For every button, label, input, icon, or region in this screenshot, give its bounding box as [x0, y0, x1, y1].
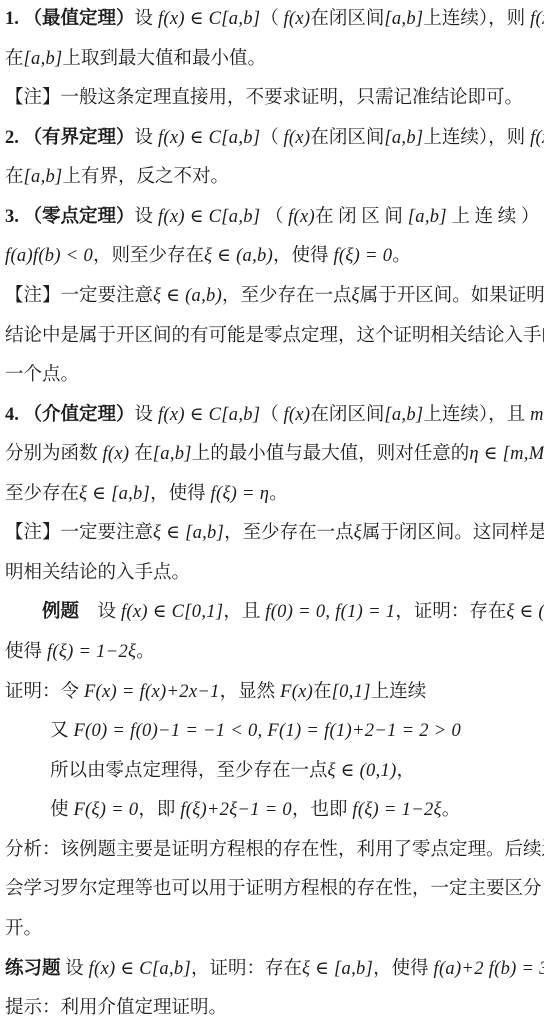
document-line: 分析：该例题主要是证明方程根的存在性，利用了零点定理。后续还	[5, 831, 544, 871]
math-segment: F(x) = f(x)+2x−1	[79, 682, 220, 702]
text-segment: 上取到最大值和最小值。	[63, 49, 267, 69]
math-segment: f(x) ∈ C[a,b]	[153, 9, 260, 29]
text-segment: ，使得	[273, 246, 329, 266]
text-segment: 一个点。	[5, 365, 79, 385]
text-segment: 上连续），且	[423, 405, 525, 425]
bold-text-segment: 练习题	[5, 959, 61, 979]
text-segment: 在闭区间	[310, 128, 384, 148]
math-segment: f(x)	[288, 207, 315, 227]
text-segment: ，至少存在一点	[222, 286, 352, 306]
text-segment: ，	[397, 761, 416, 781]
text-segment: 上连续），则	[423, 128, 525, 148]
text-segment: 设	[135, 128, 154, 148]
text-segment: 设	[135, 9, 154, 29]
document-line: 例题 设 f(x) ∈ C[0,1]，且 f(0) = 0, f(1) = 1，…	[5, 593, 544, 633]
text-segment: 结论中是属于开区间的有可能是零点定理，这个证明相关结论入手的	[5, 326, 544, 346]
text-segment: 分别为函数	[5, 444, 98, 464]
document-line: f(a)f(b) < 0，则至少存在ξ ∈ (a,b)，使得 f(ξ) = 0。	[5, 237, 544, 277]
document-line: 使 F(ξ) = 0，即 f(ξ)+2ξ−1 = 0，也即 f(ξ) = 1−2…	[5, 791, 544, 831]
math-segment: ξ ∈ (0,1)	[506, 602, 544, 622]
text-segment: 属于开区间。如果证明的	[360, 286, 544, 306]
text-segment: 使得	[5, 642, 42, 662]
math-segment: [0,1]	[332, 682, 371, 702]
text-segment: （	[260, 405, 283, 425]
text-segment: 提示：利用介值定理证明。	[5, 998, 227, 1018]
document-page: 1. （最值定理）设 f(x) ∈ C[a,b]（ f(x)在闭区间[a,b]上…	[0, 0, 548, 1029]
text-segment: ，使得	[373, 959, 429, 979]
text-segment: 在	[313, 682, 332, 702]
math-segment: ξ	[354, 523, 362, 543]
math-segment: [a,b]	[384, 405, 423, 425]
document-line: 证明：令 F(x) = f(x)+2x−1，显然 F(x)在[0,1]上连续	[5, 673, 544, 713]
document-line: 分别为函数 f(x) 在[a,b]上的最小值与最大值，则对任意的η ∈ [m,M…	[5, 435, 544, 475]
document-line: 结论中是属于开区间的有可能是零点定理，这个证明相关结论入手的	[5, 317, 544, 357]
math-segment: f(0) = 0, f(1) = 1	[260, 602, 395, 622]
document-line: 所以由零点定理得，至少存在一点ξ ∈ (0,1)，	[5, 752, 544, 792]
text-segment: 设	[135, 405, 154, 425]
math-segment: [a,b]	[384, 9, 423, 29]
text-segment: （	[260, 9, 283, 29]
text-segment: 开。	[5, 919, 42, 939]
document-line: 【注】一般这条定理直接用，不要求证明，只需记准结论即可。	[5, 79, 544, 119]
math-segment: ξ ∈ [a,b]	[79, 484, 150, 504]
document-line: 【注】一定要注意ξ ∈ [a,b]，至少存在一点ξ属于闭区间。这同样是证	[5, 514, 544, 554]
bold-text-segment: 例题	[42, 602, 79, 622]
math-segment: f(x) ∈ C[0,1]	[116, 602, 223, 622]
math-segment: ξ ∈ [a,b]	[153, 523, 224, 543]
text-segment: ，显然	[220, 682, 276, 702]
text-segment: 【注】一定要注意	[5, 286, 153, 306]
text-segment: 【注】一般这条定理直接用，不要求证明，只需记准结论即可。	[5, 88, 523, 108]
math-segment: f(x)	[283, 128, 310, 148]
text-segment: 。	[442, 800, 461, 820]
document-line: 一个点。	[5, 356, 544, 396]
document-line: 会学习罗尔定理等也可以用于证明方程根的存在性，一定主要区分	[5, 870, 544, 910]
text-segment: 上有界，反之不对。	[63, 167, 230, 187]
document-line: 至少存在ξ ∈ [a,b]，使得 f(ξ) = η。	[5, 475, 544, 515]
text-segment: 上 连 续 ） ， 且	[447, 207, 544, 227]
text-segment: ，且	[223, 602, 260, 622]
text-segment: 证明：令	[5, 682, 79, 702]
bold-text-segment: 2. （有界定理）	[5, 128, 135, 148]
text-segment: 在闭区间	[310, 405, 384, 425]
math-segment: m,M	[525, 405, 544, 425]
text-segment: 在	[134, 444, 153, 464]
text-segment: 。	[136, 642, 155, 662]
text-segment: ，则至少存在	[93, 246, 204, 266]
math-segment: f(ξ) = η	[206, 484, 270, 504]
document-line: 使得 f(ξ) = 1−2ξ。	[5, 633, 544, 673]
math-segment: f(ξ)+2ξ−1 = 0	[175, 800, 292, 820]
text-segment: 所以由零点定理得，至少存在一点	[50, 761, 328, 781]
math-segment: ξ ∈ (a,b)	[204, 246, 273, 266]
text-segment: 至少存在	[5, 484, 79, 504]
math-segment: F(ξ) = 0	[69, 800, 139, 820]
math-segment: [a,b]	[403, 207, 447, 227]
text-segment: ，证明：存在	[191, 959, 302, 979]
document-line: 【注】一定要注意ξ ∈ (a,b)，至少存在一点ξ属于开区间。如果证明的	[5, 277, 544, 317]
document-line: 明相关结论的入手点。	[5, 554, 544, 594]
text-segment: 设	[61, 959, 84, 979]
math-segment: ξ	[352, 286, 360, 306]
document-line: 3. （零点定理）设 f(x) ∈ C[a,b] （ f(x)在 闭 区 间 […	[5, 198, 544, 238]
text-segment: 在闭区间	[310, 9, 384, 29]
math-segment: f(x)	[525, 128, 544, 148]
text-segment: ，至少存在一点	[224, 523, 354, 543]
text-segment: （	[260, 207, 288, 227]
text-segment: 在	[5, 49, 24, 69]
bold-text-segment: 3. （零点定理）	[5, 207, 135, 227]
text-segment: 设	[135, 207, 154, 227]
text-segment: 【注】一定要注意	[5, 523, 153, 543]
text-segment: ，证明：存在	[395, 602, 506, 622]
text-segment: 设	[79, 602, 116, 622]
math-segment: f(x) ∈ C[a,b]	[153, 128, 260, 148]
text-segment: 在	[5, 167, 24, 187]
document-line: 4. （介值定理）设 f(x) ∈ C[a,b]（ f(x)在闭区间[a,b]上…	[5, 396, 544, 436]
text-segment: ，即	[138, 800, 175, 820]
math-segment: [a,b]	[384, 128, 423, 148]
math-segment: f(x)	[525, 9, 544, 29]
math-segment: F(x)	[275, 682, 313, 702]
math-segment: f(ξ) = 1−2ξ	[348, 800, 442, 820]
math-segment: ξ ∈ [a,b]	[302, 959, 373, 979]
math-segment: f(x) ∈ C[a,b]	[84, 959, 191, 979]
document-line: 在[a,b]上取到最大值和最小值。	[5, 40, 544, 80]
math-segment: f(x)	[98, 444, 135, 464]
text-segment: 使	[50, 800, 69, 820]
document-line: 1. （最值定理）设 f(x) ∈ C[a,b]（ f(x)在闭区间[a,b]上…	[5, 0, 544, 40]
text-segment: 上的最小值与最大值，则对任意的	[192, 444, 470, 464]
text-segment: ，也即	[292, 800, 348, 820]
text-segment: ，使得	[150, 484, 206, 504]
document-line: 在[a,b]上有界，反之不对。	[5, 158, 544, 198]
text-segment: 上连续	[371, 682, 427, 702]
math-segment: f(x) ∈ C[a,b]	[153, 405, 260, 425]
math-segment: [a,b]	[24, 49, 63, 69]
math-segment: f(ξ) = 1−2ξ	[42, 642, 136, 662]
text-segment: 在 闭 区 间	[315, 207, 403, 227]
math-segment: f(x)	[283, 9, 310, 29]
math-segment: f(x)	[283, 405, 310, 425]
math-segment: f(a)f(b) < 0	[5, 246, 93, 266]
text-segment: （	[260, 128, 283, 148]
math-segment: f(a)+2 f(b) = 3 f(ξ)	[429, 959, 544, 979]
text-segment: 属于闭区间。这同样是证	[362, 523, 544, 543]
math-segment: F(0) = f(0)−1 = −1 < 0, F(1) = f(1)+2−1 …	[69, 721, 462, 741]
math-segment: [a,b]	[24, 167, 63, 187]
bold-text-segment: 1. （最值定理）	[5, 9, 135, 29]
text-segment: 上连续），则	[423, 9, 525, 29]
text-segment: 。	[269, 484, 288, 504]
math-segment: [a,b]	[153, 444, 192, 464]
document-line: 练习题 设 f(x) ∈ C[a,b]，证明：存在ξ ∈ [a,b]，使得 f(…	[5, 950, 544, 990]
math-segment: η ∈ [m,M]	[469, 444, 544, 464]
math-segment: f(ξ) = 0	[329, 246, 393, 266]
document-line: 2. （有界定理）设 f(x) ∈ C[a,b]（ f(x)在闭区间[a,b]上…	[5, 119, 544, 159]
document-line: 提示：利用介值定理证明。	[5, 989, 544, 1029]
text-segment: 明相关结论的入手点。	[5, 563, 190, 583]
bold-text-segment: 4. （介值定理）	[5, 405, 135, 425]
math-segment: ξ ∈ (0,1)	[328, 761, 397, 781]
math-segment: f(x) ∈ C[a,b]	[153, 207, 260, 227]
text-segment: 又	[50, 721, 69, 741]
math-segment: ξ ∈ (a,b)	[153, 286, 222, 306]
text-segment: 分析：该例题主要是证明方程根的存在性，利用了零点定理。后续还	[5, 840, 544, 860]
text-segment: 会学习罗尔定理等也可以用于证明方程根的存在性，一定主要区分	[5, 879, 542, 899]
text-segment: 。	[392, 246, 411, 266]
document-line: 又 F(0) = f(0)−1 = −1 < 0, F(1) = f(1)+2−…	[5, 712, 544, 752]
document-line: 开。	[5, 910, 544, 950]
